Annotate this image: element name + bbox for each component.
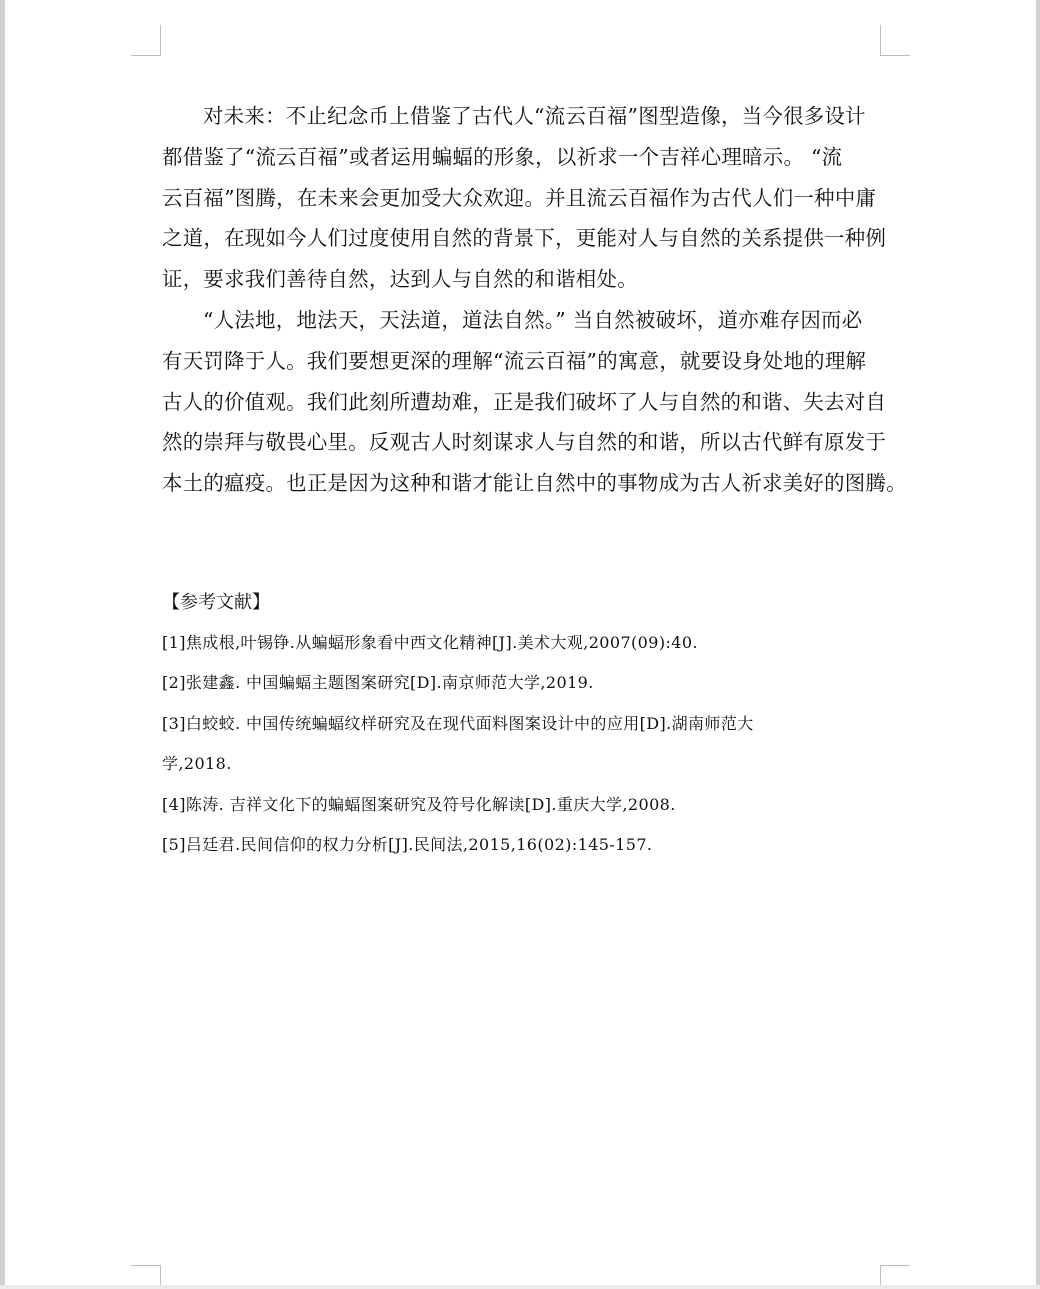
top-left-margin-mark: [131, 25, 161, 56]
text-line: 证，要求我们善待自然，达到人与自然的和谐相处。: [162, 262, 902, 303]
page-gap: [0, 1285, 1040, 1289]
reference-item-continuation: 学,2018.: [162, 749, 902, 789]
text-line: 对未来：不止纪念币上借鉴了古代人“流云百福”图型造像，当今很多设计: [162, 99, 902, 140]
text-line: 云百福”图腾，在未来会更加受大众欢迎。并且流云百福作为古代人们一种中庸: [162, 181, 902, 222]
reference-item: [5]吕廷君.民间信仰的权力分析[J].民间法,2015,16(02):145-…: [162, 830, 902, 870]
text-line: 有天罚降于人。我们要想更深的理解“流云百福”的寓意，就要设身处地的理解: [162, 344, 902, 385]
document-page[interactable]: 对未来：不止纪念币上借鉴了古代人“流云百福”图型造像，当今很多设计 都借鉴了“流…: [5, 0, 1036, 1285]
reference-item: [3]白蛟蛟. 中国传统蝙蝠纹样研究及在现代面料图案设计中的应用[D].湖南师范…: [162, 709, 902, 749]
references-heading: 【参考文献】: [162, 588, 902, 628]
text-line: 然的崇拜与敬畏心里。反观古人时刻谋求人与自然的和谐，所以古代鲜有原发于: [162, 425, 902, 466]
references-section[interactable]: 【参考文献】 [1]焦成根,叶锡铮.从蝙蝠形象看中西文化精神[J].美术大观,2…: [162, 588, 902, 870]
reference-item: [4]陈涛. 吉祥文化下的蝙蝠图案研究及符号化解读[D].重庆大学,2008.: [162, 790, 902, 830]
paragraph-future[interactable]: 对未来：不止纪念币上借鉴了古代人“流云百福”图型造像，当今很多设计 都借鉴了“流…: [162, 99, 902, 303]
text-line: “人法地，地法天，天法道，道法自然。” 当自然被破坏，道亦难存因而必: [162, 303, 902, 344]
bottom-left-margin-mark: [131, 1265, 161, 1286]
paragraph-nature[interactable]: “人法地，地法天，天法道，道法自然。” 当自然被破坏，道亦难存因而必 有天罚降于…: [162, 303, 902, 507]
right-scrollbar-edge[interactable]: [1036, 0, 1040, 1285]
bottom-right-margin-mark: [880, 1265, 910, 1286]
reference-item: [1]焦成根,叶锡铮.从蝙蝠形象看中西文化精神[J].美术大观,2007(09)…: [162, 628, 902, 668]
text-line: 本土的瘟疫。也正是因为这种和谐才能让自然中的事物成为古人祈求美好的图腾。: [162, 466, 902, 507]
text-line: 古人的价值观。我们此刻所遭劫难，正是我们破坏了人与自然的和谐、失去对自: [162, 385, 902, 426]
body-text[interactable]: 对未来：不止纪念币上借鉴了古代人“流云百福”图型造像，当今很多设计 都借鉴了“流…: [162, 99, 902, 507]
top-right-margin-mark: [880, 25, 910, 56]
text-line: 之道，在现如今人们过度使用自然的背景下，更能对人与自然的关系提供一种例: [162, 221, 902, 262]
reference-item: [2]张建鑫. 中国蝙蝠主题图案研究[D].南京师范大学,2019.: [162, 668, 902, 708]
text-line: 都借鉴了“流云百福”或者运用蝙蝠的形象，以祈求一个吉祥心理暗示。 “流: [162, 140, 902, 181]
